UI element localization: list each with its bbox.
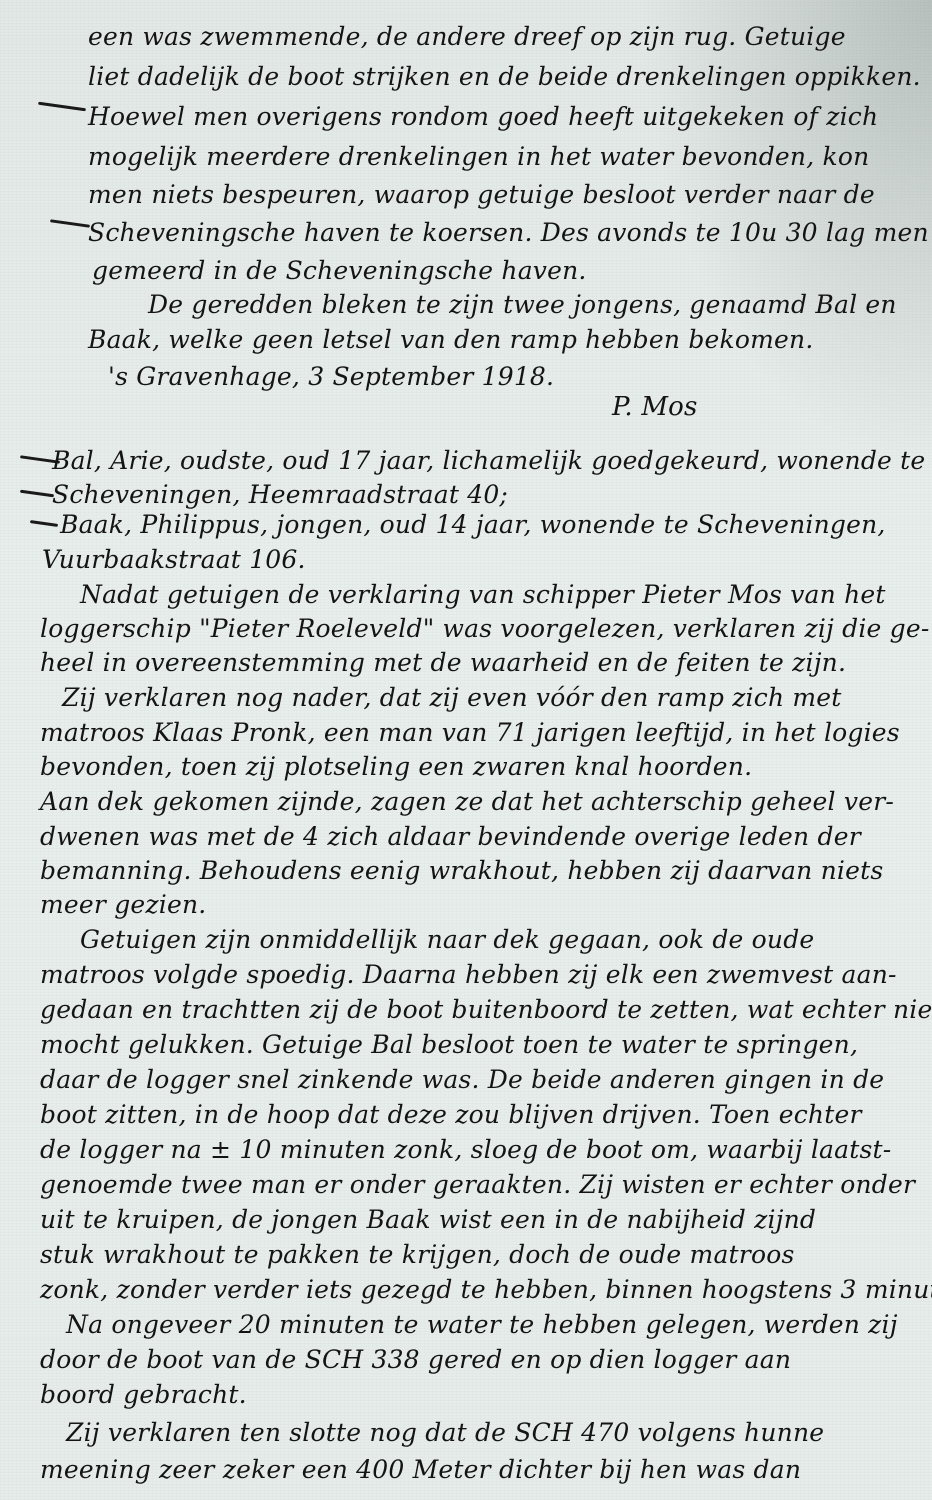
text-line: Nadat getuigen de verklaring van schippe… [80,580,886,609]
signature: P. Mos [612,392,698,422]
witness-1-name: Bal, Arie, oudste, oud 17 jaar, lichamel… [52,446,925,475]
text-line: dwenen was met de 4 zich aldaar bevinden… [40,822,861,851]
text-line: bemanning. Behoudens eenig wrakhout, heb… [40,856,883,885]
text-line: Na ongeveer 20 minuten te water te hebbe… [66,1310,898,1339]
text-line: de logger na ± 10 minuten zonk, sloeg de… [40,1135,891,1164]
text-line: matroos Klaas Pronk, een man van 71 jari… [40,718,900,747]
text-line: Zij verklaren ten slotte nog dat de SCH … [66,1418,824,1447]
text-line: mocht gelukken. Getuige Bal besloot toen… [40,1030,858,1059]
text-line: men niets bespeuren, waarop getuige besl… [88,180,875,209]
text-line: Hoewel men overigens rondom goed heeft u… [88,102,878,131]
witness-1-address: Scheveningen, Heemraadstraat 40; [52,480,508,509]
text-line: Getuigen zijn onmiddellijk naar dek gega… [80,925,814,954]
text-line: daar de logger snel zinkende was. De bei… [40,1065,884,1094]
text-line: Baak, welke geen letsel van den ramp heb… [88,325,813,354]
text-line: De geredden bleken te zijn twee jongens,… [148,290,897,319]
text-line: boord gebracht. [40,1380,247,1409]
text-line: bevonden, toen zij plotseling een zwaren… [40,752,752,781]
witness-2-address: Vuurbaakstraat 106. [42,545,306,574]
paragraph-flourish [50,219,90,228]
text-line: mogelijk meerdere drenkelingen in het wa… [88,142,869,171]
paragraph-flourish [30,520,58,527]
witness-2-name: Baak, Philippus, jongen, oud 14 jaar, wo… [60,510,886,539]
text-line: Aan dek gekomen zijnde, zagen ze dat het… [40,787,894,816]
paragraph-flourish [20,490,54,498]
place-date: 's Gravenhage, 3 September 1918. [108,362,554,391]
text-line: door de boot van de SCH 338 gered en op … [40,1345,791,1374]
paragraph-flourish [38,102,86,112]
text-line: gemeerd in de Scheveningsche haven. [92,256,587,285]
text-line: een was zwemmende, de andere dreef op zi… [88,22,846,51]
text-line: gedaan en trachtten zij de boot buitenbo… [40,995,932,1024]
text-line: uit te kruipen, de jongen Baak wist een … [40,1205,816,1234]
text-line: meening zeer zeker een 400 Meter dichter… [40,1455,801,1484]
handwritten-page: een was zwemmende, de andere dreef op zi… [0,0,932,1500]
text-line: boot zitten, in de hoop dat deze zou bli… [40,1100,862,1129]
text-line: heel in overeenstemming met de waarheid … [40,648,846,677]
text-line: genoemde twee man er onder geraakten. Zi… [40,1170,915,1199]
text-line: stuk wrakhout te pakken te krijgen, doch… [40,1240,794,1269]
text-line: Zij verklaren nog nader, dat zij even vó… [62,683,842,712]
text-line: meer gezien. [40,890,206,919]
text-line: liet dadelijk de boot strijken en de bei… [88,62,921,91]
text-line: Scheveningsche haven te koersen. Des avo… [88,218,929,247]
text-line: loggerschip "Pieter Roeleveld" was voorg… [40,614,930,643]
text-line: zonk, zonder verder iets gezegd te hebbe… [40,1275,932,1304]
text-line: matroos volgde spoedig. Daarna hebben zi… [40,960,897,989]
